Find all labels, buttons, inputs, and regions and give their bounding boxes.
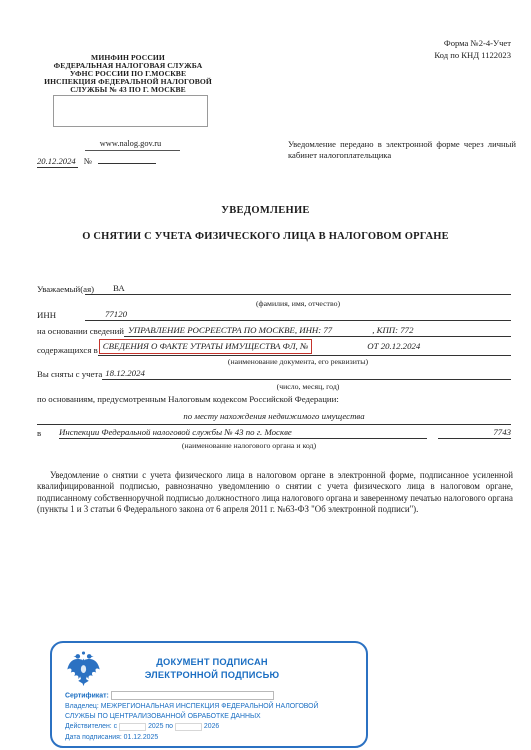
source-document-row: содержащихся в СВЕДЕНИЯ О ФАКТЕ УТРАТЫ И… <box>37 339 511 356</box>
owner-line2: СЛУЖБЫ ПО ЦЕНТРАЛИЗОВАННОЙ ОБРАБОТКЕ ДАН… <box>65 712 357 722</box>
valid-from-redaction-box <box>119 723 146 731</box>
document-caption: (наименование документа, его реквизиты) <box>85 357 511 366</box>
document-no-label: № <box>300 341 308 351</box>
delivery-note: Уведомление передано в электронной форме… <box>288 139 516 160</box>
inn-label: ИНН <box>37 310 85 321</box>
tax-notification-document: Форма №2-4-Учет Код по КНД 1122023 МИНФИ… <box>0 0 531 750</box>
basis-value: УПРАВЛЕНИЕ РОСРЕЕСТРА ПО МОСКВЕ, ИНН: 77… <box>124 325 511 337</box>
deregistered-date: 18.12.2024 <box>102 368 511 380</box>
authority-code: 7743 <box>438 427 511 439</box>
document-from-date: ОТ 20.12.2024 <box>367 341 420 351</box>
knd-code-label: Код по КНД 1122023 <box>291 50 511 62</box>
ground-value: по месту нахождения недвижимого имуществ… <box>37 411 511 421</box>
authority-caption: (наименование налогового органа и код) <box>59 441 439 450</box>
salutation-row: Уважаемый(ая) ВА <box>37 283 511 295</box>
document-number-blank <box>98 155 156 164</box>
stamp-details: Сертификат: Владелец: МЕЖРЕГИОНАЛЬНАЯ ИН… <box>65 691 357 743</box>
salutation-caption: (фамилия, имя, отчество) <box>85 299 511 308</box>
inn-row: ИНН 77120 <box>37 309 511 321</box>
ground-underline <box>37 424 511 425</box>
certificate-redaction-box <box>111 691 274 700</box>
document-number-label: № <box>84 156 92 166</box>
valid-year2: 2026 <box>204 723 219 730</box>
agency-line: СЛУЖБЫ № 43 ПО Г. МОСКВЕ <box>18 86 238 94</box>
inn-value: 77120 <box>85 309 511 321</box>
valid-year1: 2025 <box>148 723 163 730</box>
stamp-title: ДОКУМЕНТ ПОДПИСАН ЭЛЕКТРОННОЙ ПОДПИСЬЮ <box>112 656 312 681</box>
authority-name: Инспекции Федеральной налоговой службы №… <box>59 427 427 439</box>
basis-label: на основании сведений <box>37 326 124 337</box>
website-underline <box>85 150 180 151</box>
deregistration-row: Вы сняты с учета 18.12.2024 <box>37 368 511 380</box>
coat-of-arms-icon <box>66 650 101 689</box>
deregistered-label: Вы сняты с учета <box>37 369 102 380</box>
document-date: 20.12.2024 <box>37 156 78 168</box>
authority-row: в Инспекции Федеральной налоговой службы… <box>37 427 511 439</box>
valid-sep: по <box>165 723 173 730</box>
owner-line1: Владелец: МЕЖРЕГИОНАЛЬНАЯ ИНСПЕКЦИЯ ФЕДЕ… <box>65 702 357 712</box>
signed-date-line: Дата подписания: 01.12.2025 <box>65 733 357 743</box>
valid-prefix: Действителен: с <box>65 723 117 730</box>
grounds-intro: по основаниям, предусмотренным Налоговым… <box>37 394 339 404</box>
salutation-label: Уважаемый(ая) <box>37 284 85 295</box>
document-date-row: 20.12.2024 № <box>37 155 156 166</box>
salutation-value: ВА <box>85 283 511 295</box>
basis-value-part2: , КПП: 772 <box>372 325 413 335</box>
form-code-block: Форма №2-4-Учет Код по КНД 1122023 <box>291 38 511 61</box>
certificate-label: Сертификат: <box>65 692 109 699</box>
in-label: в <box>37 428 59 439</box>
date-caption: (число, месяц, год) <box>105 382 511 391</box>
source-document-value: СВЕДЕНИЯ О ФАКТЕ УТРАТЫ ИМУЩЕСТВА ФЛ, №О… <box>98 339 511 356</box>
basis-value-part1: УПРАВЛЕНИЕ РОСРЕЕСТРА ПО МОСКВЕ, ИНН: 77 <box>128 325 332 335</box>
document-title: УВЕДОМЛЕНИЕ <box>0 205 531 216</box>
basis-row: на основании сведений УПРАВЛЕНИЕ РОСРЕЕС… <box>37 325 511 337</box>
address-redaction-box <box>53 95 208 127</box>
document-subtitle: О СНЯТИИ С УЧЕТА ФИЗИЧЕСКОГО ЛИЦА В НАЛО… <box>0 231 531 242</box>
legal-paragraph: Уведомление о снятии с учета физического… <box>37 470 513 516</box>
stamp-title-line2: ЭЛЕКТРОННОЙ ПОДПИСЬЮ <box>112 669 312 682</box>
contained-label: содержащихся в <box>37 345 98 356</box>
agency-header: МИНФИН РОССИИ ФЕДЕРАЛЬНАЯ НАЛОГОВАЯ СЛУЖ… <box>18 54 238 93</box>
stamp-title-line1: ДОКУМЕНТ ПОДПИСАН <box>112 656 312 669</box>
highlighted-document-name: СВЕДЕНИЯ О ФАКТЕ УТРАТЫ ИМУЩЕСТВА ФЛ, № <box>99 339 313 354</box>
certificate-row: Сертификат: <box>65 691 357 702</box>
valid-to-redaction-box <box>175 723 202 731</box>
document-name: СВЕДЕНИЯ О ФАКТЕ УТРАТЫ ИМУЩЕСТВА ФЛ, <box>103 341 298 351</box>
electronic-signature-stamp: ДОКУМЕНТ ПОДПИСАН ЭЛЕКТРОННОЙ ПОДПИСЬЮ С… <box>50 641 368 748</box>
form-label: Форма №2-4-Учет <box>291 38 511 50</box>
validity-row: Действителен: с2025 по2026 <box>65 722 357 732</box>
agency-website: www.nalog.gov.ru <box>53 139 208 148</box>
